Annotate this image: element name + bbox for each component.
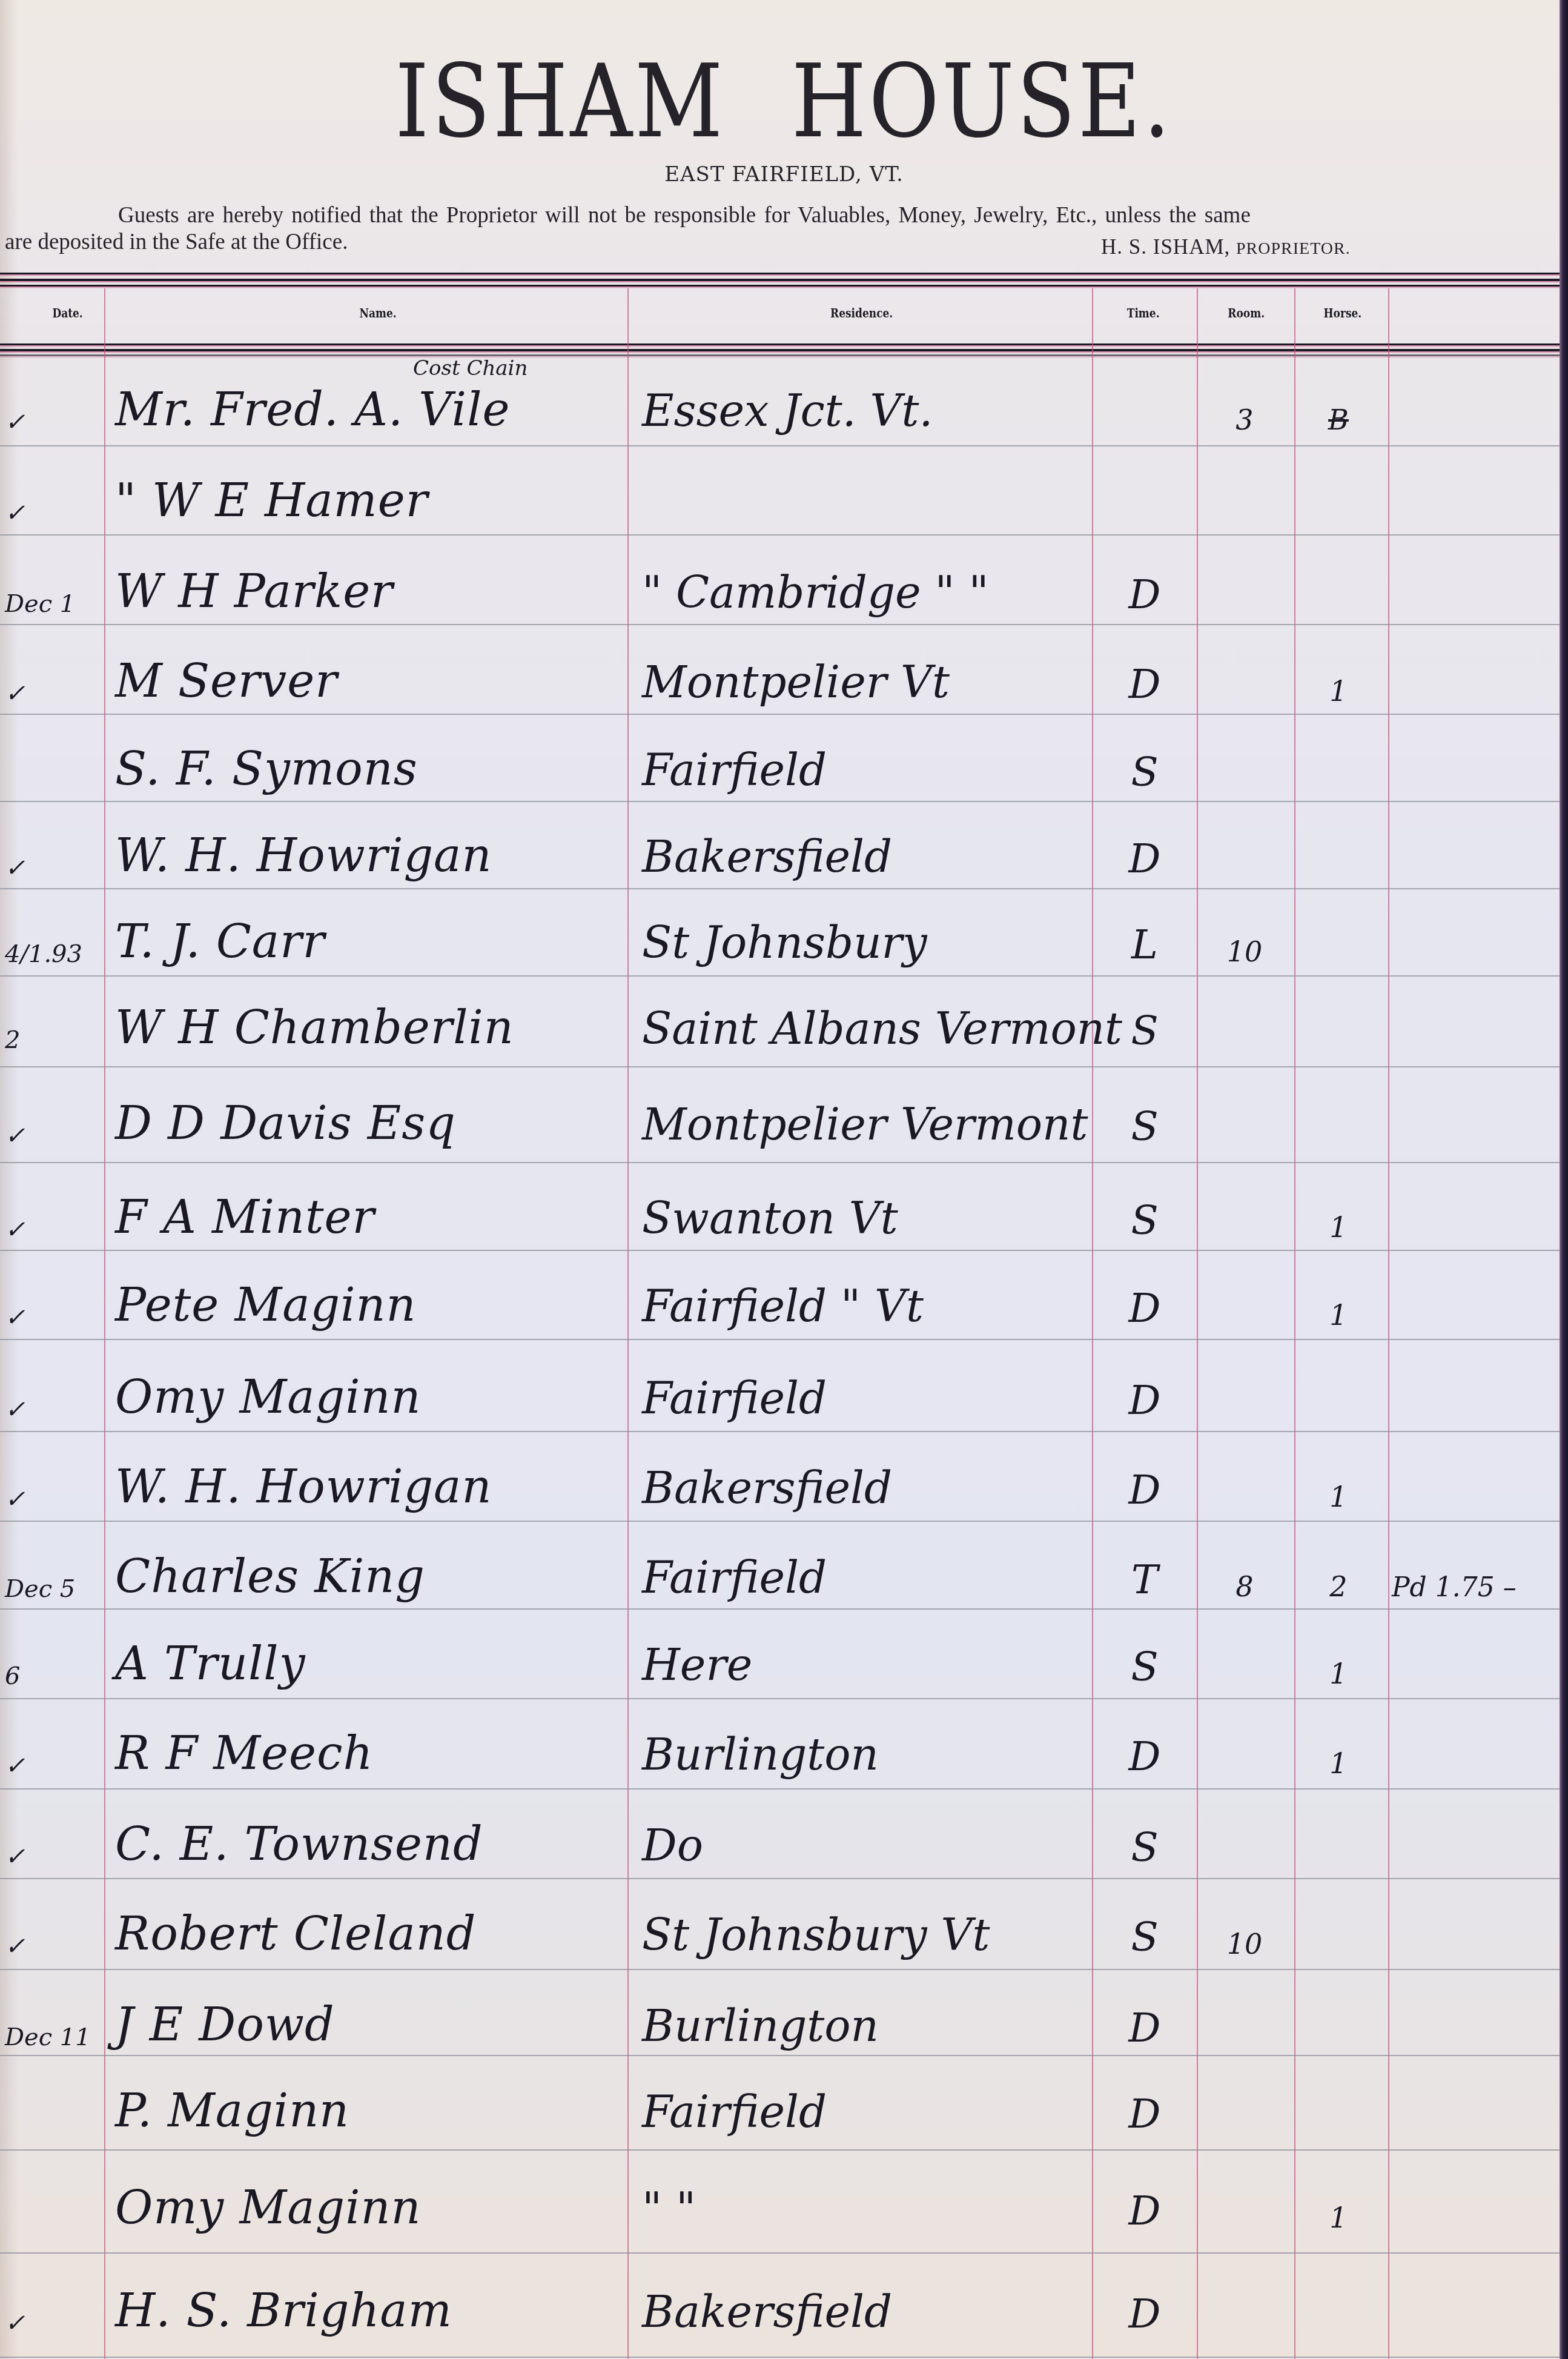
row-name: J E Dowd bbox=[115, 1997, 624, 2051]
row-date: ✓ bbox=[5, 2309, 102, 2337]
row-extra: Pd 1.75 – bbox=[1392, 1572, 1555, 1603]
row-name: Pete Maginn bbox=[115, 1278, 624, 1332]
row-residence: Essex Jct. Vt. bbox=[642, 385, 1087, 436]
row-rule-line bbox=[0, 2252, 1560, 2254]
row-name: W. H. Howrigan bbox=[115, 828, 624, 882]
row-date: ✓ bbox=[5, 1843, 102, 1871]
row-date: ✓ bbox=[5, 1304, 102, 1332]
row-rule-line bbox=[0, 1788, 1560, 1790]
row-time: D bbox=[1099, 2091, 1190, 2137]
row-name: Robert Cleland bbox=[115, 1906, 624, 1960]
row-residence: Bakersfield bbox=[642, 2286, 1087, 2337]
hotel-location: EAST FAIRFIELD, VT. bbox=[0, 162, 1568, 187]
row-name: Mr. Fred. A. Vile bbox=[115, 382, 624, 436]
register-row: ✓ H. S. Brigham Bakersfield D bbox=[0, 2260, 1560, 2344]
row-room: 10 bbox=[1202, 935, 1287, 968]
row-name: Charles King bbox=[115, 1549, 624, 1603]
row-date: Dec 1 bbox=[5, 590, 102, 618]
row-rule-line bbox=[0, 1878, 1560, 1879]
row-time: S bbox=[1099, 1197, 1190, 1244]
row-room: 3 bbox=[1202, 403, 1287, 436]
row-time: S bbox=[1099, 1914, 1190, 1960]
row-date: ✓ bbox=[5, 1752, 102, 1780]
row-time: S bbox=[1099, 1007, 1190, 1054]
register-row: S. F. Symons Fairfield S bbox=[0, 718, 1560, 803]
row-name: W H Chamberlin bbox=[115, 1000, 624, 1054]
register-row: ✓ F A Minter Swanton Vt S 1 bbox=[0, 1166, 1560, 1251]
register-row: 6 A Trully Here S 1 bbox=[0, 1613, 1560, 1697]
row-date: ✓ bbox=[5, 1396, 102, 1424]
row-horse: 1 bbox=[1296, 1747, 1381, 1780]
column-header-name: Name. bbox=[359, 306, 396, 320]
row-horse: 2 bbox=[1296, 1570, 1381, 1603]
column-header-residence: Residence. bbox=[830, 306, 893, 320]
row-date: 6 bbox=[5, 1662, 102, 1690]
row-residence: Fairfield " Vt bbox=[642, 1281, 1087, 1332]
register-row: ✓ M Server Montpelier Vt D 1 bbox=[0, 630, 1560, 715]
row-name: " W E Hamer bbox=[115, 473, 624, 527]
row-rule-line bbox=[0, 445, 1560, 446]
register-row: P. Maginn Fairfield D bbox=[0, 2060, 1560, 2145]
row-time: D bbox=[1099, 1285, 1190, 1332]
column-header-horse: Horse. bbox=[1324, 306, 1362, 320]
row-time: T bbox=[1099, 1556, 1190, 1603]
row-name: Omy Maginn bbox=[115, 2180, 624, 2234]
row-horse: 1 bbox=[1296, 1299, 1381, 1332]
row-residence: Fairfield bbox=[642, 1373, 1087, 1424]
register-row: ✓ C. E. Townsend Do S bbox=[0, 1793, 1560, 1878]
row-date: Dec 11 bbox=[5, 2023, 102, 2051]
row-time: S bbox=[1099, 749, 1190, 795]
column-header-room: Room. bbox=[1228, 306, 1265, 320]
safe-notice-line-2: are deposited in the Safe at the Office. bbox=[5, 229, 348, 255]
row-residence: Swanton Vt bbox=[642, 1193, 1087, 1244]
row-name: W. H. Howrigan bbox=[115, 1459, 624, 1513]
row-residence: Bakersfield bbox=[642, 1462, 1087, 1513]
row-date: 4/1.93 bbox=[5, 940, 102, 968]
row-date: ✓ bbox=[5, 680, 102, 708]
row-date: ✓ bbox=[5, 499, 102, 527]
row-name: Omy Maginn bbox=[115, 1370, 624, 1424]
row-time: D bbox=[1099, 1377, 1190, 1424]
row-rule-line bbox=[0, 1162, 1560, 1163]
row-residence: Bakersfield bbox=[642, 831, 1087, 882]
register-row: ✓ Mr. Fred. A. Vile Essex Jct. Vt. 3 B bbox=[0, 359, 1560, 443]
row-residence: Montpelier Vt bbox=[642, 657, 1087, 708]
row-residence: Burlington bbox=[642, 2000, 1087, 2051]
row-time: D bbox=[1099, 1733, 1190, 1780]
proprietor-name: H. S. ISHAM, bbox=[1101, 235, 1236, 259]
register-row: Dec 1 W H Parker " Cambridge " " D bbox=[0, 540, 1560, 625]
row-time: S bbox=[1099, 1644, 1190, 1690]
row-horse: B bbox=[1296, 403, 1381, 436]
row-horse: 1 bbox=[1296, 1211, 1381, 1244]
row-residence: Fairfield bbox=[642, 2086, 1087, 2137]
row-name: S. F. Symons bbox=[115, 742, 624, 795]
row-rule-line bbox=[0, 1969, 1560, 1970]
row-time: D bbox=[1099, 661, 1190, 708]
row-date: ✓ bbox=[5, 1122, 102, 1150]
row-time: D bbox=[1099, 2291, 1190, 2337]
row-time: D bbox=[1099, 1467, 1190, 1513]
register-row: 2 W H Chamberlin Saint Albans Vermont S bbox=[0, 977, 1560, 1061]
header-top-rule bbox=[0, 271, 1560, 290]
hotel-title: ISHAM HOUSE. bbox=[0, 42, 1568, 161]
register-row: ✓ " W E Hamer bbox=[0, 450, 1560, 534]
row-date: ✓ bbox=[5, 1216, 102, 1244]
row-residence: " Cambridge " " bbox=[642, 567, 1087, 618]
header-bottom-rule bbox=[0, 342, 1560, 360]
row-date: ✓ bbox=[5, 1485, 102, 1513]
row-residence: Fairfield bbox=[642, 745, 1087, 795]
row-residence: Do bbox=[642, 1820, 1087, 1871]
proprietor-title: PROPRIETOR. bbox=[1236, 239, 1351, 258]
row-rule-line bbox=[0, 1521, 1560, 1522]
row-residence: Montpelier Vermont bbox=[642, 1099, 1087, 1150]
register-row: ✓ R F Meech Burlington D 1 bbox=[0, 1702, 1560, 1787]
row-time: L bbox=[1099, 921, 1190, 968]
register-row: Omy Maginn " " D 1 bbox=[0, 2157, 1560, 2241]
row-time: D bbox=[1099, 571, 1190, 618]
register-row: ✓ Robert Cleland St Johnsbury Vt S 10 bbox=[0, 1883, 1560, 1968]
row-horse: 1 bbox=[1296, 1657, 1381, 1690]
register-row: Dec 5 Charles King Fairfield T 8 2 Pd 1.… bbox=[0, 1525, 1560, 1610]
register-row: ✓ Omy Maginn Fairfield D bbox=[0, 1346, 1560, 1431]
row-residence: Burlington bbox=[642, 1729, 1087, 1780]
row-time: S bbox=[1099, 1824, 1190, 1871]
row-room: 8 bbox=[1202, 1570, 1287, 1603]
row-name: A Trully bbox=[115, 1636, 624, 1690]
row-residence: " " bbox=[642, 2183, 1087, 2234]
row-rule-line bbox=[0, 2149, 1560, 2151]
row-residence: St Johnsbury Vt bbox=[642, 1909, 1087, 1960]
row-name: W H Parker bbox=[115, 564, 624, 618]
row-rule-line bbox=[0, 534, 1560, 536]
row-name: D D Davis Esq bbox=[115, 1096, 624, 1150]
row-time: D bbox=[1099, 2188, 1190, 2234]
row-name: T. J. Carr bbox=[115, 914, 624, 968]
register-row: ✓ W. H. Howrigan Bakersfield D bbox=[0, 805, 1560, 889]
row-horse: 1 bbox=[1296, 675, 1381, 708]
row-rule-line bbox=[0, 1066, 1560, 1067]
register-row: ✓ Pete Maginn Fairfield " Vt D 1 bbox=[0, 1254, 1560, 1339]
register-row: 4/1.93 T. J. Carr St Johnsbury L 10 bbox=[0, 891, 1560, 975]
row-residence: St Johnsbury bbox=[642, 917, 1087, 968]
register-row: ✓ D D Davis Esq Montpelier Vermont S bbox=[0, 1072, 1560, 1157]
row-date: ✓ bbox=[5, 408, 102, 436]
row-name: R F Meech bbox=[115, 1726, 624, 1780]
row-rule-line bbox=[0, 1431, 1560, 1432]
book-binding-edge bbox=[1560, 0, 1568, 2359]
row-rule-line bbox=[0, 1339, 1560, 1340]
proprietor-signature: H. S. ISHAM, PROPRIETOR. bbox=[1101, 235, 1351, 259]
row-date: ✓ bbox=[5, 854, 102, 882]
register-row: ✓ W. H. Howrigan Bakersfield D 1 bbox=[0, 1436, 1560, 1521]
row-name: P. Maginn bbox=[115, 2083, 624, 2137]
row-date: Dec 5 bbox=[5, 1575, 102, 1603]
row-residence: Fairfield bbox=[642, 1552, 1087, 1603]
row-residence: Here bbox=[642, 1639, 1087, 1690]
row-time: S bbox=[1099, 1103, 1190, 1150]
row-rule-line bbox=[0, 1698, 1560, 1699]
register-row: Dec 11 J E Dowd Burlington D bbox=[0, 1974, 1560, 2059]
safe-notice-line-1: Guests are hereby notified that the Prop… bbox=[118, 202, 1251, 228]
row-date: ✓ bbox=[5, 1933, 102, 1960]
row-horse: 1 bbox=[1296, 1481, 1381, 1513]
row-name: H. S. Brigham bbox=[115, 2283, 624, 2337]
row-time: D bbox=[1099, 835, 1190, 882]
column-header-date: Date. bbox=[52, 306, 82, 320]
row-residence: Saint Albans Vermont bbox=[642, 1003, 1087, 1054]
row-name: C. E. Townsend bbox=[115, 1817, 624, 1871]
row-rule-line bbox=[0, 2357, 1560, 2358]
row-room: 10 bbox=[1202, 1928, 1287, 1960]
row-time: D bbox=[1099, 2005, 1190, 2051]
row-name: F A Minter bbox=[115, 1190, 624, 1244]
column-header-time: Time. bbox=[1127, 306, 1160, 320]
row-horse: 1 bbox=[1296, 2201, 1381, 2234]
row-date: 2 bbox=[5, 1026, 102, 1054]
row-name: M Server bbox=[115, 654, 624, 708]
